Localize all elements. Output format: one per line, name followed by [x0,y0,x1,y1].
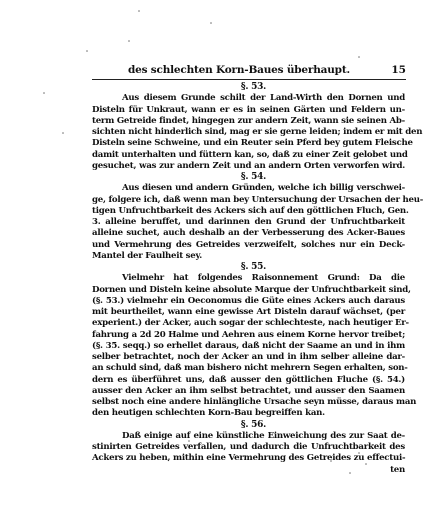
text-line: 3. alleine beruffet, und darinnen den Gr… [92,217,405,228]
text-line: Vielmehr hat folgendes Raisonnement Grun… [92,273,405,284]
text-line: tigen Unfruchtbarkeit des Ackers sich au… [92,206,405,217]
text-line: selbst noch eine andere hinlängliche Urs… [92,397,405,408]
text-line: ge, folgere ich, daß wenn man bey Unters… [92,195,405,206]
section-heading-55: §. 55. [92,262,405,273]
section-heading-56: §. 56. [92,420,405,431]
text-line: alleine suchet, auch deshalb an der Verb… [92,228,405,239]
text-line: Aus diesen und andern Gründen, welche ic… [92,183,405,194]
text-line: Daß einige auf eine künstliche Einweichu… [92,431,405,442]
text-line: sichten nicht hinderlich sind, mag er si… [92,127,405,138]
paper-speck [86,50,88,52]
section-heading-54: §. 54. [92,172,405,183]
text-line: Dornen und Disteln keine absolute Marque… [92,285,405,296]
text-line: (§. 53.) vielmehr ein Oeconomus die Güte… [92,296,405,307]
text-line: damit unterhalten und füttern kan, so, d… [92,150,405,161]
paper-speck [128,40,130,42]
text-line: selber betrachtet, noch der Acker an und… [92,352,405,363]
text-line: Ackers zu heben, mithin eine Vermehrung … [92,453,405,464]
section-heading-53: §. 53. [92,82,405,93]
text-line: mit beurtheilet, wann eine gewisse Art D… [92,307,405,318]
text-line: term Getreide findet, hingegen zur ander… [92,116,405,127]
paper-speck [43,92,45,94]
book-page: des schlechten Korn-Baues überhaupt. 15 … [0,0,423,512]
text-line: und Vermehrung des Getreides verzweifelt… [92,240,405,251]
header-rule [92,79,406,80]
text-line: den heutigen schlechten Korn-Bau begreif… [92,408,405,419]
paper-speck [62,132,64,134]
body-text: §. 53. Aus diesem Grunde schilt der Land… [92,82,405,476]
text-line: dern es überführet uns, daß ausser den g… [92,375,405,386]
text-line: fahrung a 2d 20 Halme und Aehren aus ein… [92,330,405,341]
catchword: ten [92,465,405,476]
text-line: Mantel der Faulheit sey. [92,251,405,262]
paper-speck [358,56,360,58]
text-line: ausser den Acker an ihm selbst betrachte… [92,386,405,397]
paper-speck [138,10,140,12]
text-line: Aus diesem Grunde schilt der Land-Wirth … [92,93,405,104]
text-line: Disteln seine Schweine, und ein Reuter s… [92,138,405,149]
text-line: (§. 35. seqq.) so erhellet daraus, daß n… [92,341,405,352]
text-line: experient.) der Acker, auch sogar der sc… [92,318,405,329]
text-line: stinirten Getreides verfallen, und dadur… [92,442,405,453]
text-line: an schuld sind, daß man bishero nicht me… [92,363,405,374]
page-number: 15 [391,64,406,76]
text-line: Disteln für Unkraut, wann er es in seine… [92,105,405,116]
running-header: des schlechten Korn-Baues überhaupt. 15 [92,64,406,78]
text-line: gesuchet, was zur andern Zeit und an and… [92,161,405,172]
paper-speck [210,22,212,24]
running-title: des schlechten Korn-Baues überhaupt. [128,64,350,76]
